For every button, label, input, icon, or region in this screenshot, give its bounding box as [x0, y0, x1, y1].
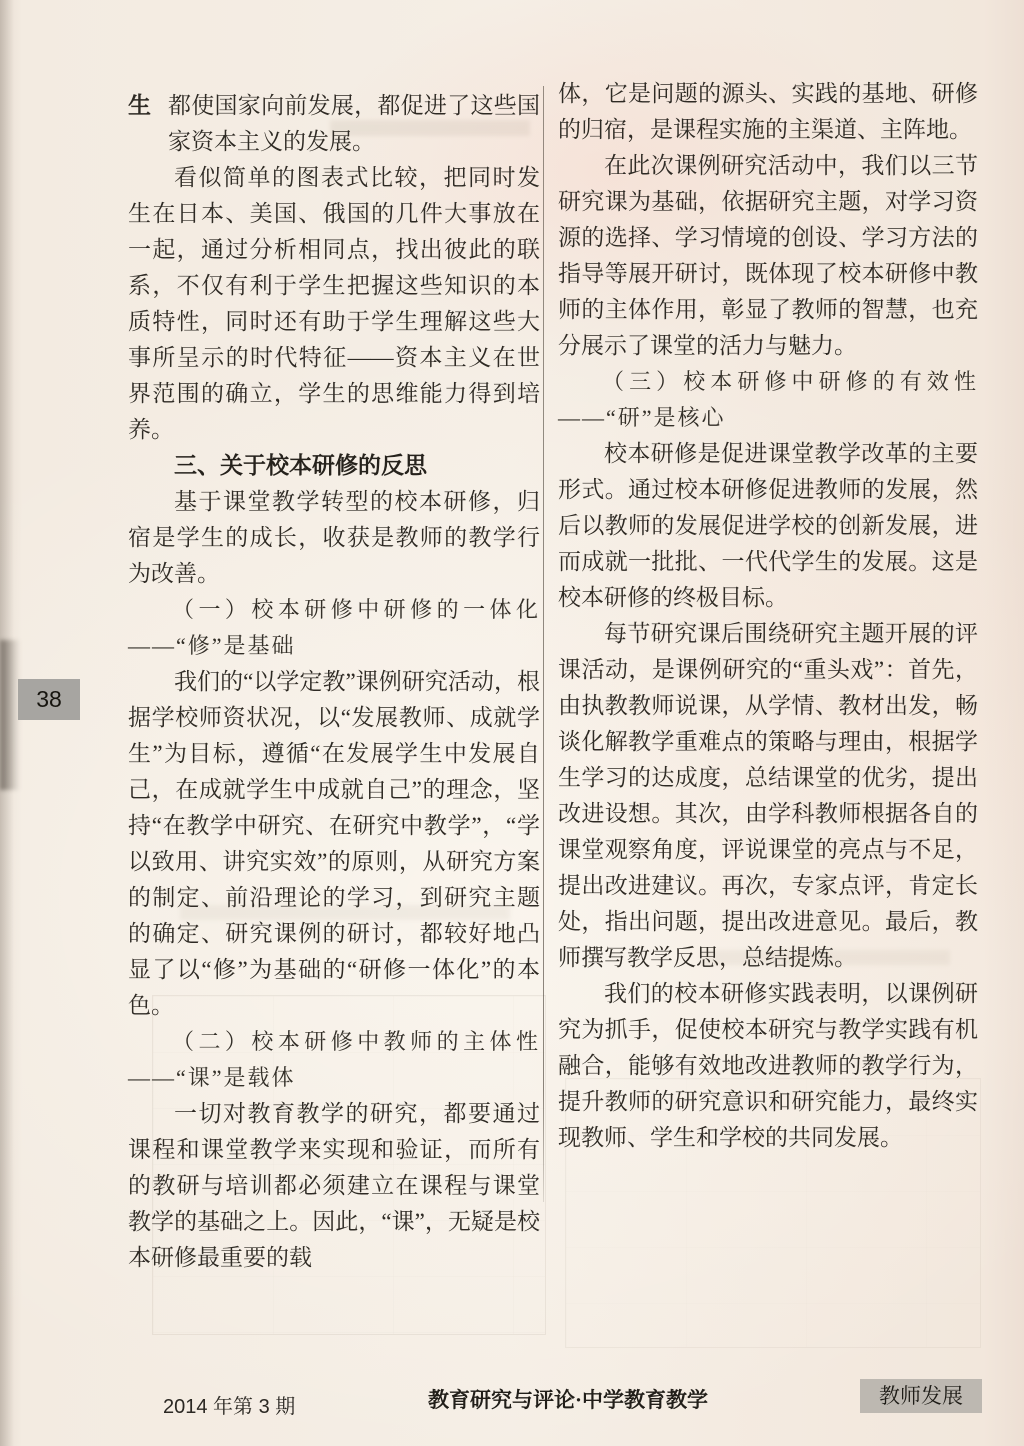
paragraph: 我们的校本研修实践表明，以课例研究为抓手，促使校本研究与教学实践有机融合，能够有…	[558, 976, 978, 1156]
footer-issue-label: 2014 年第 3 期	[163, 1390, 295, 1419]
left-column: 生都使国家向前发展，都促进了这些国家资本主义的发展。看似简单的图表式比较，把同时…	[128, 88, 540, 1276]
footer-journal-title: 教育研究与评论·中学教育教学	[428, 1384, 708, 1414]
paragraph: 基于课堂教学转型的校本研修，归宿是学生的成长，收获是教师的教学行为改善。	[128, 484, 540, 592]
paragraph: 生都使国家向前发展，都促进了这些国家资本主义的发展。	[168, 88, 540, 160]
section-heading: （一）校本研修中研修的一体化——“修”是基础	[128, 592, 540, 664]
paragraph: 一切对教育教学的研究，都要通过课程和课堂教学来实现和验证，而所有的教研与培训都必…	[128, 1096, 540, 1276]
fold-shadow	[0, 640, 20, 790]
journal-page: 38 生都使国家向前发展，都促进了这些国家资本主义的发展。看似简单的图表式比较，…	[0, 0, 1024, 1446]
margin-hanging-char: 生	[128, 88, 151, 124]
paragraph: 校本研修是促进课堂教学改革的主要形式。通过校本研修促进教师的发展，然后以教师的发…	[558, 436, 978, 616]
paragraph: 体，它是问题的源头、实践的基地、研修的归宿，是课程实施的主渠道、主阵地。	[558, 76, 978, 148]
paragraph: 每节研究课后围绕研究主题开展的评课活动，是课例研究的“重头戏”：首先，由执教教师…	[558, 616, 978, 976]
column-rule	[543, 86, 544, 1202]
section-heading: （三）校本研修中研修的有效性——“研”是核心	[558, 364, 978, 436]
paragraph: 我们的“以学定教”课例研究活动，根据学校师资状况，以“发展教师、成就学生”为目标…	[128, 664, 540, 1024]
paragraph: 在此次课例研究活动中，我们以三节研究课为基础，依据研究主题，对学习资源的选择、学…	[558, 148, 978, 364]
section-heading: （二）校本研修中教师的主体性——“课”是载体	[128, 1024, 540, 1096]
page-number-tab: 38	[18, 679, 80, 720]
footer-section-badge: 教师发展	[860, 1379, 982, 1413]
section-heading: 三、关于校本研修的反思	[128, 448, 540, 484]
paragraph: 看似简单的图表式比较，把同时发生在日本、美国、俄国的几件大事放在一起，通过分析相…	[128, 160, 540, 448]
right-column: 体，它是问题的源头、实践的基地、研修的归宿，是课程实施的主渠道、主阵地。在此次课…	[558, 76, 978, 1156]
